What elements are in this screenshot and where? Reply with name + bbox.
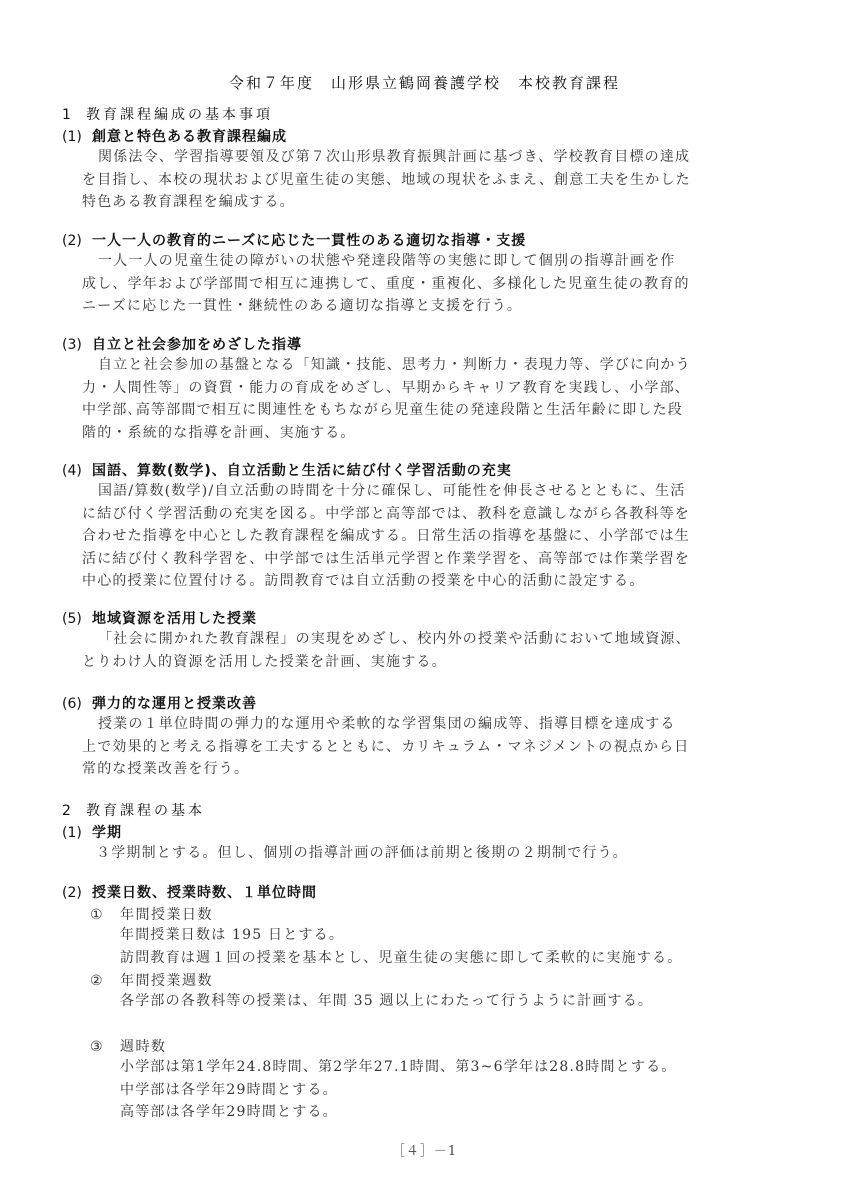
term-paragraph: ３学期制とする。但し、個別の指導計画の評価は前期と後期の２期制で行う。 [96, 842, 801, 865]
subsection-paragraph: 自立と社会参加の基盤となる「知識・技能、思考力・判断力・表現力等、学びに向かう … [82, 354, 787, 444]
numbered-item: ②年間授業週数 [90, 970, 213, 990]
section-title: 教育課程編成の基本事項 [86, 107, 273, 123]
subsection-heading: (1)学期 [62, 822, 122, 842]
subsection-heading: (3)自立と社会参加をめざした指導 [62, 334, 302, 354]
subsection-heading: (4)国語、算数(数学)、自立活動と生活に結び付く学習活動の充実 [62, 460, 512, 480]
subsection-heading: (1)創意と特色ある教育課程編成 [62, 126, 287, 146]
numbered-item-body: 年間授業日数は 195 日とする。 訪問教育は週１回の授業を基本とし、児童生徒の… [120, 924, 682, 969]
subsection-heading: (6)弾力的な運用と授業改善 [62, 693, 257, 713]
section-number: 1 [62, 107, 86, 123]
subsection-paragraph: 「社会に開かれた教育課程」の実現をめざし、校内外の授業や活動において地域資源、 … [82, 628, 787, 673]
numbered-item: ③週時数 [90, 1036, 167, 1056]
subsection-paragraph: 関係法令、学習指導要領及び第７次山形県教育振興計画に基づき、学校教育目標の達成 … [82, 146, 787, 214]
section-title: 教育課程の基本 [86, 803, 205, 819]
section-heading-2: 2教育課程の基本 [62, 800, 205, 820]
page-title: 令和７年度 山形県立鶴岡養護学校 本校教育課程 [0, 72, 849, 93]
page-number: ［４］－1 [0, 1140, 849, 1159]
subsection-paragraph: 国語/算数(数学)/自立活動の時間を十分に確保し、可能性を伸長させるとともに、生… [82, 480, 787, 593]
subsection-heading: (2)一人一人の教育的ニーズに応じた一貫性のある適切な指導・支援 [62, 230, 526, 250]
numbered-item-body: 小学部は第1学年24.8時間、第2学年27.1時間、第3~6学年は28.8時間と… [120, 1056, 676, 1124]
section-heading-1: 1教育課程編成の基本事項 [62, 104, 273, 124]
section-number: 2 [62, 803, 86, 819]
numbered-item-body: 各学部の各教科等の授業は、年間 35 週以上にわたって行うように計画する。 [120, 990, 653, 1013]
subsection-heading: (5)地域資源を活用した授業 [62, 608, 257, 628]
document-page: 令和７年度 山形県立鶴岡養護学校 本校教育課程 1教育課程編成の基本事項 (1)… [0, 0, 849, 1200]
subsection-paragraph: 一人一人の児童生徒の障がいの状態や発達段階等の実態に即して個別の指導計画を作 成… [82, 250, 787, 318]
subsection-paragraph: 授業の１単位時間の弾力的な運用や柔軟的な学習集団の編成等、指導目標を達成する 上… [82, 713, 787, 781]
numbered-item: ①年間授業日数 [90, 904, 213, 924]
subsection-heading: (2)授業日数、授業時数、１単位時間 [62, 882, 317, 902]
